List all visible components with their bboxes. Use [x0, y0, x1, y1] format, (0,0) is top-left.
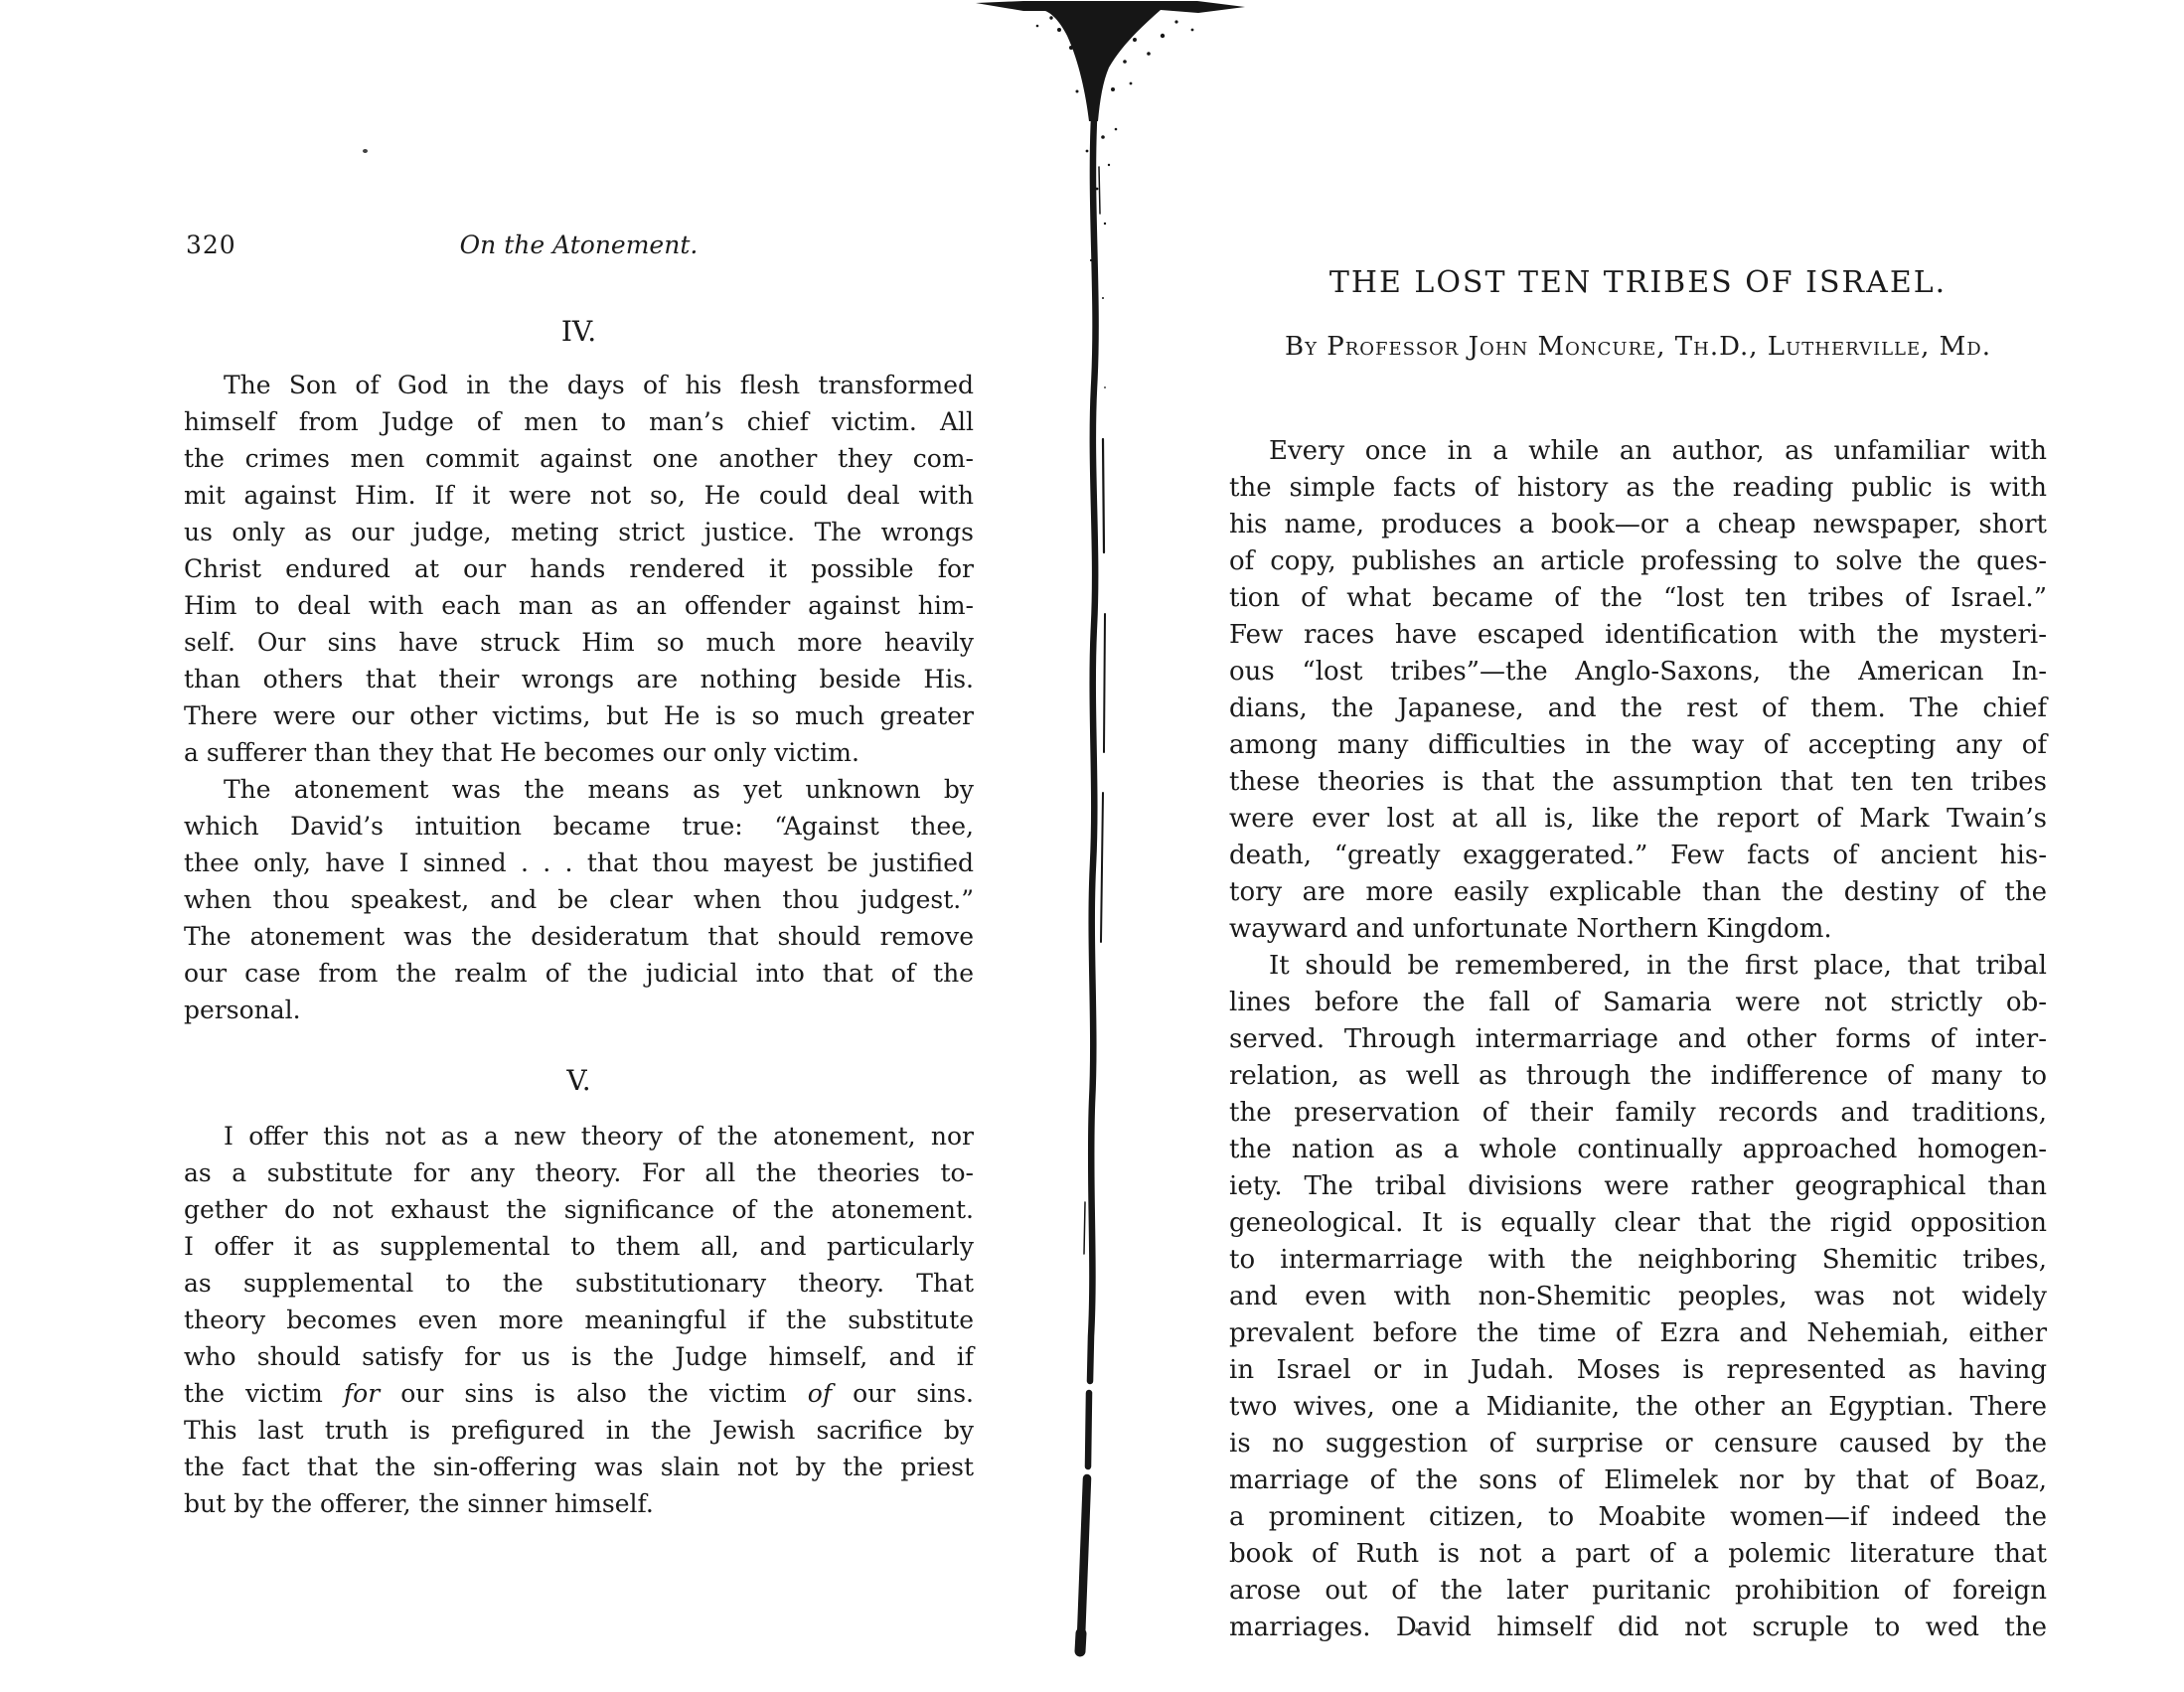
text-line: a prominent citizen, to Moabite women—if…: [1229, 1499, 2047, 1536]
text-line: relation, as well as through the indiffe…: [1229, 1058, 2047, 1095]
text-line: the victim for our sins is also the vict…: [184, 1375, 974, 1412]
book-scan-spread: 320 On the Atonement. IV. The Son of God…: [0, 0, 2184, 1692]
text-line: in Israel or in Judah. Moses is represen…: [1229, 1352, 2047, 1389]
text-line: Christ endured at our hands rendered it …: [184, 550, 974, 587]
text-line: the simple facts of history as the readi…: [1229, 470, 2047, 507]
text-line: This last truth is prefigured in the Jew…: [184, 1412, 974, 1449]
paragraph-iv-1: The Son of God in the days of his flesh …: [184, 367, 974, 771]
text-line: when thou speakest, and be clear when th…: [184, 881, 974, 918]
text-line: mit against Him. If it were not so, He c…: [184, 477, 974, 514]
text-line: and even with non-Shemitic peoples, was …: [1229, 1279, 2047, 1315]
text-line: our case from the realm of the judicial …: [184, 955, 974, 992]
text-line: a sufferer than they that He becomes our…: [184, 734, 974, 771]
text-line: us only as our judge, meting strict just…: [184, 514, 974, 550]
text-line: among many difficulties in the way of ac…: [1229, 727, 2047, 764]
text-line: marriages. David himself did not scruple…: [1229, 1610, 2047, 1646]
text-line: I offer it as supplemental to them all, …: [184, 1228, 974, 1265]
text-line: There were our other victims, but He is …: [184, 697, 974, 734]
text-line: wayward and unfortunate Northern Kingdom…: [1229, 911, 2047, 948]
text-line: book of Ruth is not a part of a polemic …: [1229, 1536, 2047, 1573]
text-line: arose out of the later puritanic prohibi…: [1229, 1573, 2047, 1610]
text-line: his name, produces a book—or a cheap new…: [1229, 507, 2047, 543]
text-line: to intermarriage with the neighboring Sh…: [1229, 1242, 2047, 1279]
text-line: Few races have escaped identification wi…: [1229, 617, 2047, 654]
text-line: I offer this not as a new theory of the …: [184, 1118, 974, 1154]
left-page-header: 320 On the Atonement.: [184, 231, 974, 267]
text-line: these theories is that the assumption th…: [1229, 764, 2047, 801]
text-line: served. Through intermarriage and other …: [1229, 1021, 2047, 1058]
text-line: self. Our sins have struck Him so much m…: [184, 624, 974, 661]
article-title: THE LOST TEN TRIBES OF ISRAEL.: [1229, 266, 2047, 300]
text-line: is no suggestion of surprise or censure …: [1229, 1426, 2047, 1462]
text-line: iety. The tribal divisions were rather g…: [1229, 1168, 2047, 1205]
text-line: marriage of the sons of Elimelek nor by …: [1229, 1462, 2047, 1499]
text-line: It should be remembered, in the first pl…: [1229, 948, 2047, 985]
text-line: Him to deal with each man as an offender…: [184, 587, 974, 624]
text-line: the preservation of their family records…: [1229, 1095, 2047, 1132]
text-line: The atonement was the desideratum that s…: [184, 918, 974, 955]
text-line: than others that their wrongs are nothin…: [184, 661, 974, 697]
text-line: the nation as a whole continually approa…: [1229, 1132, 2047, 1168]
text-line: but by the offerer, the sinner himself.: [184, 1485, 974, 1522]
left-page: 320 On the Atonement. IV. The Son of God…: [184, 231, 974, 1522]
text-line: tion of what became of the “lost ten tri…: [1229, 580, 2047, 617]
page-number: 320: [186, 231, 236, 259]
book-gutter-ink-streak: [954, 0, 1252, 1692]
text-line: The Son of God in the days of his flesh …: [184, 367, 974, 403]
text-line: which David’s intuition became true: “Ag…: [184, 808, 974, 845]
text-line: thee only, have I sinned . . . that thou…: [184, 845, 974, 881]
text-line: the crimes men commit against one anothe…: [184, 440, 974, 477]
text-line: of copy, publishes an article professing…: [1229, 543, 2047, 580]
scan-speck: [363, 149, 368, 153]
paragraph-2: It should be remembered, in the first pl…: [1229, 948, 2047, 1646]
scan-speck: [1415, 1628, 1419, 1632]
text-line: were ever lost at all is, like the repor…: [1229, 801, 2047, 838]
text-line: gether do not exhaust the significance o…: [184, 1191, 974, 1228]
running-header: On the Atonement.: [184, 231, 974, 259]
text-line: the fact that the sin-offering was slain…: [184, 1449, 974, 1485]
text-line: dians, the Japanese, and the rest of the…: [1229, 691, 2047, 727]
text-line: who should satisfy for us is the Judge h…: [184, 1338, 974, 1375]
text-line: himself from Judge of men to man’s chief…: [184, 403, 974, 440]
text-line: death, “greatly exaggerated.” Few facts …: [1229, 838, 2047, 874]
text-line: The atonement was the means as yet unkno…: [184, 771, 974, 808]
text-line: Every once in a while an author, as unfa…: [1229, 433, 2047, 470]
article-byline: By Professor John Moncure, Th.D., Luther…: [1229, 330, 2047, 364]
paragraph-1: Every once in a while an author, as unfa…: [1229, 433, 2047, 948]
text-line: two wives, one a Midianite, the other an…: [1229, 1389, 2047, 1426]
paragraph-v-1: I offer this not as a new theory of the …: [184, 1118, 974, 1522]
text-line: prevalent before the time of Ezra and Ne…: [1229, 1315, 2047, 1352]
text-line: tory are more easily explicable than the…: [1229, 874, 2047, 911]
right-page: THE LOST TEN TRIBES OF ISRAEL. By Profes…: [1229, 266, 2047, 1646]
paragraph-iv-2: The atonement was the means as yet unkno…: [184, 771, 974, 1028]
text-line: as a substitute for any theory. For all …: [184, 1154, 974, 1191]
text-line: lines before the fall of Samaria were no…: [1229, 985, 2047, 1021]
section-heading-v: V.: [184, 1066, 974, 1096]
text-line: ous “lost tribes”—the Anglo-Saxons, the …: [1229, 654, 2047, 691]
text-line: theory becomes even more meaningful if t…: [184, 1302, 974, 1338]
section-heading-iv: IV.: [184, 317, 974, 347]
text-line: personal.: [184, 992, 974, 1028]
text-line: as supplemental to the substitutionary t…: [184, 1265, 974, 1302]
text-line: geneological. It is equally clear that t…: [1229, 1205, 2047, 1242]
